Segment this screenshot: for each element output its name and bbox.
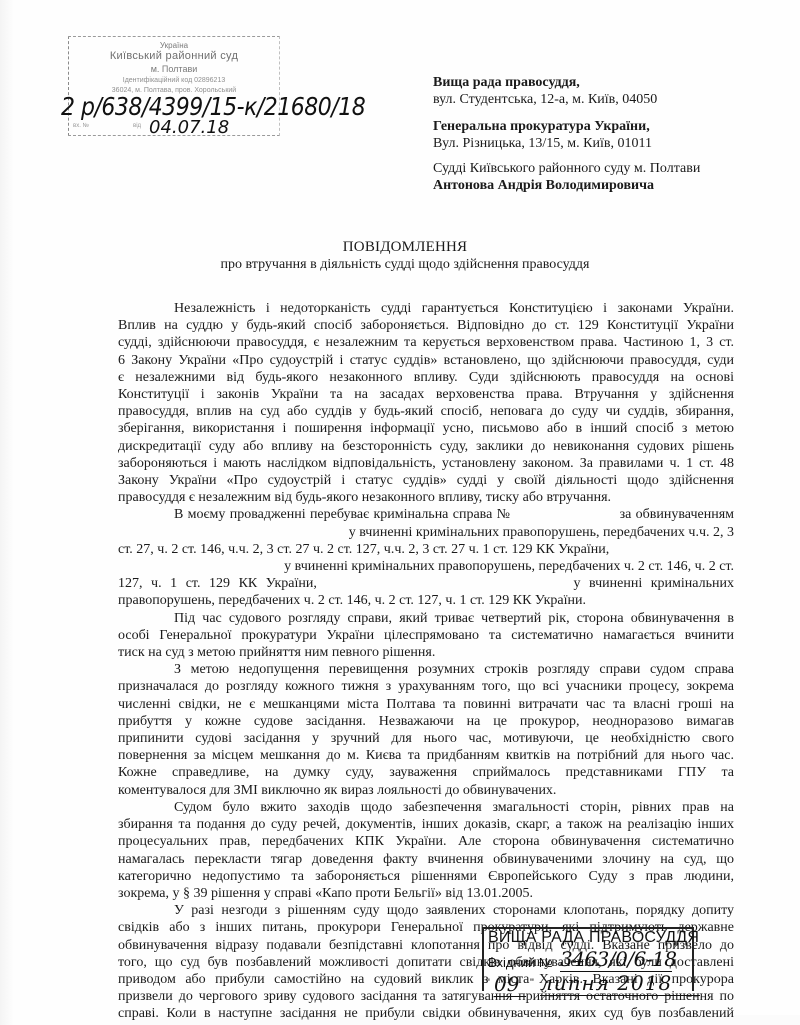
body-line: 127, ч. 1 ст. 129 КК України, у вчиненні…: [118, 575, 734, 592]
body-line: припинити судові засідання у зручний для…: [118, 730, 734, 747]
body-line: коментувалося для ЗМІ виключно як вираз …: [118, 782, 734, 799]
body-line: дискредитації суду або впливу на безстор…: [118, 438, 734, 455]
body-line: Під час судового розгляду справи, який т…: [118, 610, 734, 627]
incoming-number-label: Вхідний №: [488, 955, 553, 970]
addressee-prosecutor-general: Генеральна прокуратура України, Вул. Різ…: [433, 118, 652, 152]
body-line: численні свідки, не є мешканцями міста П…: [118, 696, 734, 713]
body-line: Судом було вжито заходів щодо забезпечен…: [118, 799, 734, 816]
body-line: намагалась перекласти тягар доведення фа…: [118, 851, 734, 868]
handwritten-month-year: липня 2018: [540, 971, 700, 996]
body-line: прибуття у кожне судове засідання. Незва…: [118, 713, 734, 730]
stamp-court-name: Київський районний суд: [69, 50, 279, 62]
body-line: Незалежність і недоторканість судді гара…: [118, 300, 734, 317]
body-line: У разі незгоди з рішенням суду щодо заяв…: [118, 902, 734, 919]
body-line: у вчиненні кримінальних правопорушень, п…: [118, 558, 734, 575]
body-line: збирання та подання до суду речей, докум…: [118, 816, 734, 833]
addressee-name: Антонова Андрія Володимировича: [433, 177, 700, 194]
body-line: В моєму провадженні перебуває кримінальн…: [118, 506, 734, 523]
body-line: забороняються і мають наслідком відповід…: [118, 455, 734, 472]
body-line: правопорушень, передбачених ч. 2 ст. 146…: [118, 592, 734, 609]
incoming-registration-stamp: ВИЩА РАДА ПРАВОСУДДЯ Вхідний № 3463/0/6-…: [482, 927, 694, 991]
stamp-organization: ВИЩА РАДА ПРАВОСУДДЯ: [488, 929, 699, 947]
addressee-address: Вул. Різницька, 13/15, м. Київ, 01011: [433, 135, 652, 152]
handwritten-day: 09: [494, 972, 526, 997]
body-line: Конституції і законів України та на заса…: [118, 386, 734, 403]
body-line: Кожне справедливе, на думку суду, зауваж…: [118, 764, 734, 781]
document-title: ПОВІДОМЛЕННЯ: [5, 239, 800, 256]
addressee-name: Вища рада правосуддя,: [433, 74, 657, 91]
body-line: З метою недопущення перевищення розумних…: [118, 661, 734, 678]
body-line: є незалежними від будь-якого незаконного…: [118, 369, 734, 386]
body-line: особі Генеральної прокуратури України ці…: [118, 627, 734, 644]
stamp-no-label: вх. №: [73, 123, 89, 129]
body-line: Вплив на суддю у будь-який спосіб заборо…: [118, 317, 734, 334]
body-line: у вчиненні кримінальних правопорушень, п…: [118, 524, 734, 541]
addressee-name: Генеральна прокуратура України,: [433, 118, 652, 135]
stamp-city: м. Полтави: [69, 64, 279, 74]
body-line: правосуддя є незалежним від будь-якого н…: [118, 489, 734, 506]
body-line: зберігання, використання і поширення інф…: [118, 420, 734, 437]
stamp-from-label: від: [133, 123, 141, 129]
body-line: судді, здійснюючи правосуддя, є незалежн…: [118, 334, 734, 351]
handwritten-date: 04.07.18: [149, 117, 229, 138]
scan-edge-shadow: [0, 0, 14, 1025]
quote-mark: ": [530, 977, 534, 989]
document-body: Незалежність і недоторканість судді гара…: [118, 300, 734, 1023]
addressee-judge: Судді Київського районного суду м. Полта…: [433, 160, 700, 194]
body-line: процесуальних прав, передбачених КПК Укр…: [118, 833, 734, 850]
handwritten-incoming-number: 3463/0/6-18: [560, 947, 672, 972]
court-registration-stamp: Україна Київський районний суд м. Полтав…: [68, 36, 280, 136]
scanned-letter-page: Україна Київський районний суд м. Полтав…: [0, 0, 800, 1025]
body-line: ст. 27, ч. 2 ст. 146, ч.ч. 2, 3 ст. 27 ч…: [118, 541, 734, 558]
body-line: тиск на суд з метою прийняття ним певног…: [118, 644, 734, 661]
body-line: Закону України «Про судоустрій і статус …: [118, 472, 734, 489]
body-line: 6 Закону України «Про судоустрій і стату…: [118, 352, 734, 369]
stamp-id-code: Ідентифікаційний код 02896213: [69, 77, 279, 84]
body-line: справі. Коли в наступне засідання не при…: [118, 1005, 734, 1022]
quote-mark: ": [486, 977, 490, 989]
body-line: правосуддя, вплив на суд або суддів у бу…: [118, 403, 734, 420]
body-line: призначалася до розгляду кожного тижня з…: [118, 678, 734, 695]
body-line: зокрема, у § 39 рішення у справі «Капо п…: [118, 885, 734, 902]
body-line: категорично недопустимо та забороняється…: [118, 868, 734, 885]
addressee-address: вул. Студентська, 12-а, м. Київ, 04050: [433, 91, 657, 108]
addressee-position: Судді Київського районного суду м. Полта…: [433, 160, 700, 177]
addressee-high-council-of-justice: Вища рада правосуддя, вул. Студентська, …: [433, 74, 657, 108]
document-subtitle: про втручання в діяльність судді щодо зд…: [5, 257, 800, 273]
body-line: повернення за місцем мешкання до м. Києв…: [118, 747, 734, 764]
stamp-country: Україна: [69, 41, 279, 50]
